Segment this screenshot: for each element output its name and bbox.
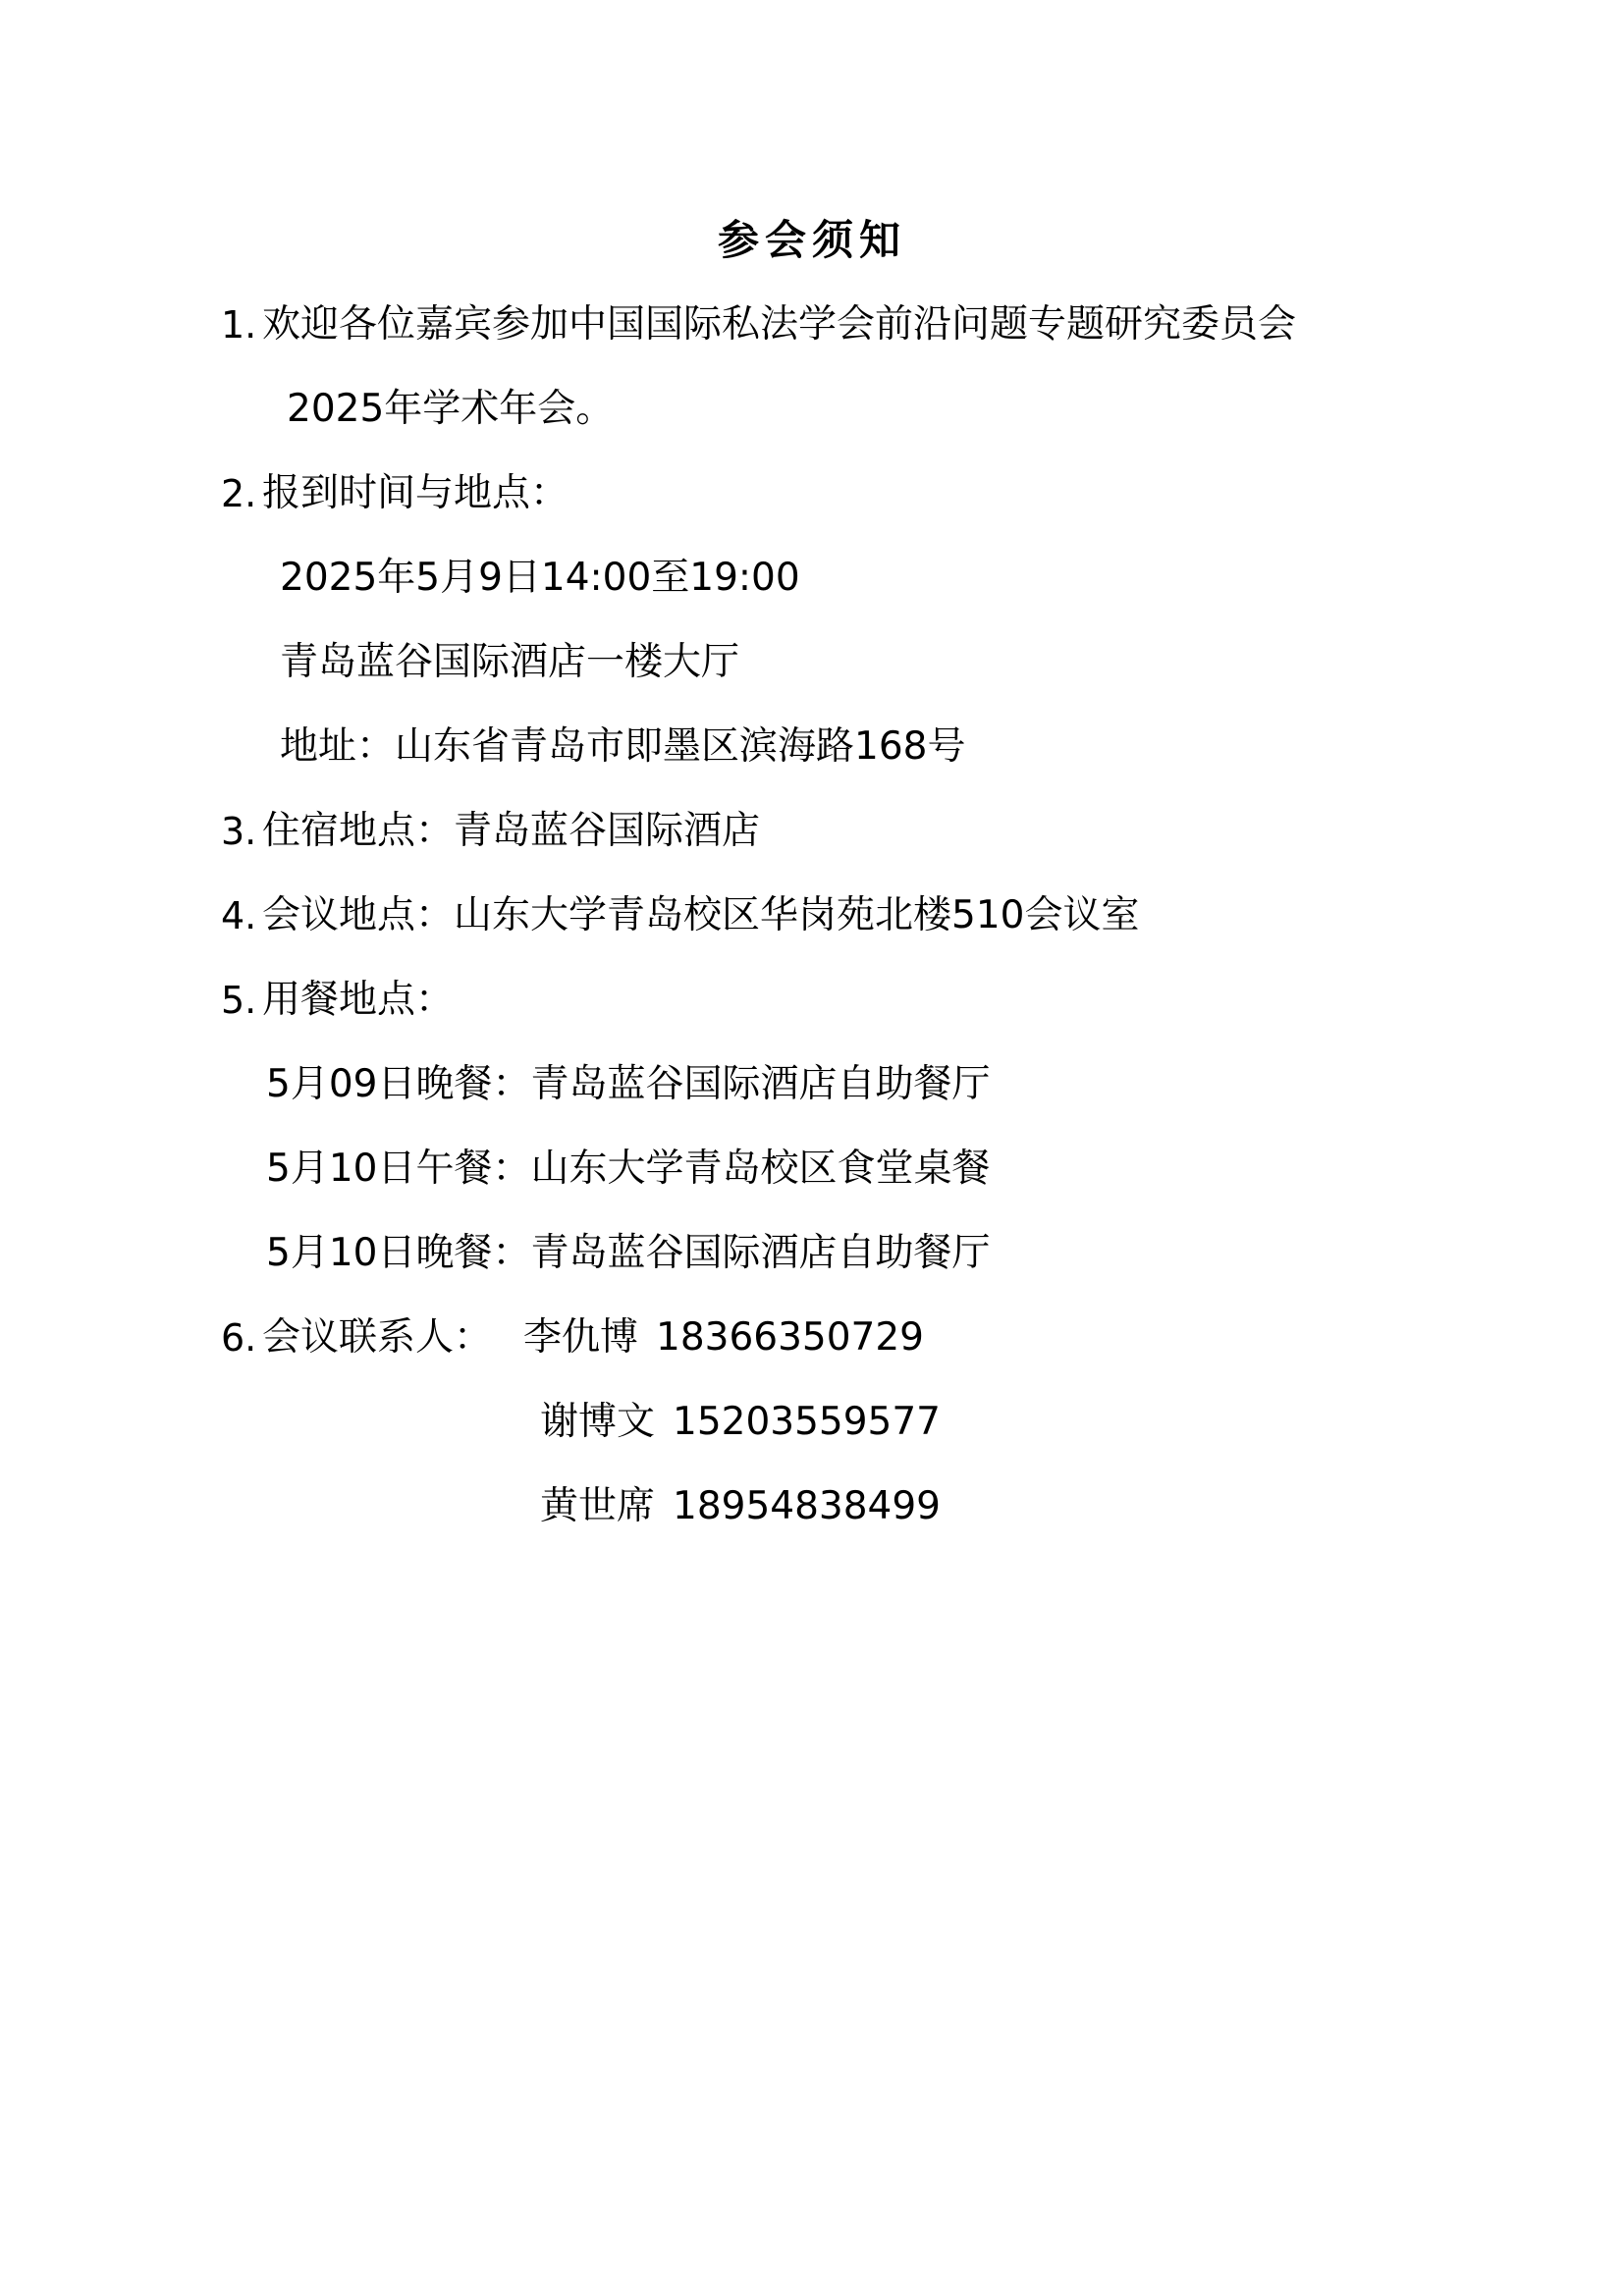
list-item-contacts: 6. 会议联系人： 李仇博 18366350729 谢博文 1520355957… [221,1296,1403,1549]
text-line: 会议地点：山东大学青岛校区华岗苑北楼510会议室 [262,874,1403,958]
list-item-lodging: 3. 住宿地点：青岛蓝谷国际酒店 [221,789,1403,874]
registration-place: 青岛蓝谷国际酒店一楼大厅 [280,620,1403,705]
document-title: 参会须知 [221,198,1403,283]
contact-phone: 18954838499 [673,1465,941,1549]
document-content: 参会须知 1. 欢迎各位嘉宾参加中国国际私法学会前沿问题专题研究委员会 2025… [221,198,1403,1549]
contact-name: 李仇博 [523,1296,638,1380]
list-item-venue: 4. 会议地点：山东大学青岛校区华岗苑北楼510会议室 [221,874,1403,958]
contact-row: 谢博文 15203559577 [262,1380,1403,1465]
contacts-label: 会议联系人： [262,1296,492,1380]
meal-line: 5月10日午餐：山东大学青岛校区食堂桌餐 [266,1127,1403,1211]
item-number: 6. [221,1296,262,1380]
registration-time: 2025年5月9日14:00至19:00 [280,536,1403,620]
meal-line: 5月09日晚餐：青岛蓝谷国际酒店自助餐厅 [266,1042,1403,1127]
list-item-meals: 5. 用餐地点： 5月09日晚餐：青岛蓝谷国际酒店自助餐厅 5月10日午餐：山东… [221,958,1403,1296]
contact-phone: 18366350729 [656,1296,924,1380]
item-number: 2. [221,452,262,536]
contact-name: 谢博文 [540,1380,655,1465]
text-line: 2025年学术年会。 [287,367,1403,452]
text-line: 欢迎各位嘉宾参加中国国际私法学会前沿问题专题研究委员会 [262,283,1403,367]
text-line: 住宿地点：青岛蓝谷国际酒店 [262,789,1403,874]
contact-row: 黄世席 18954838499 [262,1465,1403,1549]
list-item-welcome: 1. 欢迎各位嘉宾参加中国国际私法学会前沿问题专题研究委员会 2025年学术年会… [221,283,1403,452]
text-line: 报到时间与地点： [262,452,1403,536]
text-line: 用餐地点： [262,958,1403,1042]
item-number: 1. [221,283,262,367]
item-number: 5. [221,958,262,1042]
item-number: 3. [221,789,262,874]
list-item-registration: 2. 报到时间与地点： 2025年5月9日14:00至19:00 青岛蓝谷国际酒… [221,452,1403,789]
item-number: 4. [221,874,262,958]
meal-line: 5月10日晚餐：青岛蓝谷国际酒店自助餐厅 [266,1211,1403,1296]
document-page: 参会须知 1. 欢迎各位嘉宾参加中国国际私法学会前沿问题专题研究委员会 2025… [0,0,1624,2296]
contact-phone: 15203559577 [673,1380,941,1465]
contact-name: 黄世席 [540,1465,655,1549]
contact-row: 会议联系人： 李仇博 18366350729 [262,1296,1403,1380]
registration-address: 地址：山东省青岛市即墨区滨海路168号 [280,705,1403,789]
